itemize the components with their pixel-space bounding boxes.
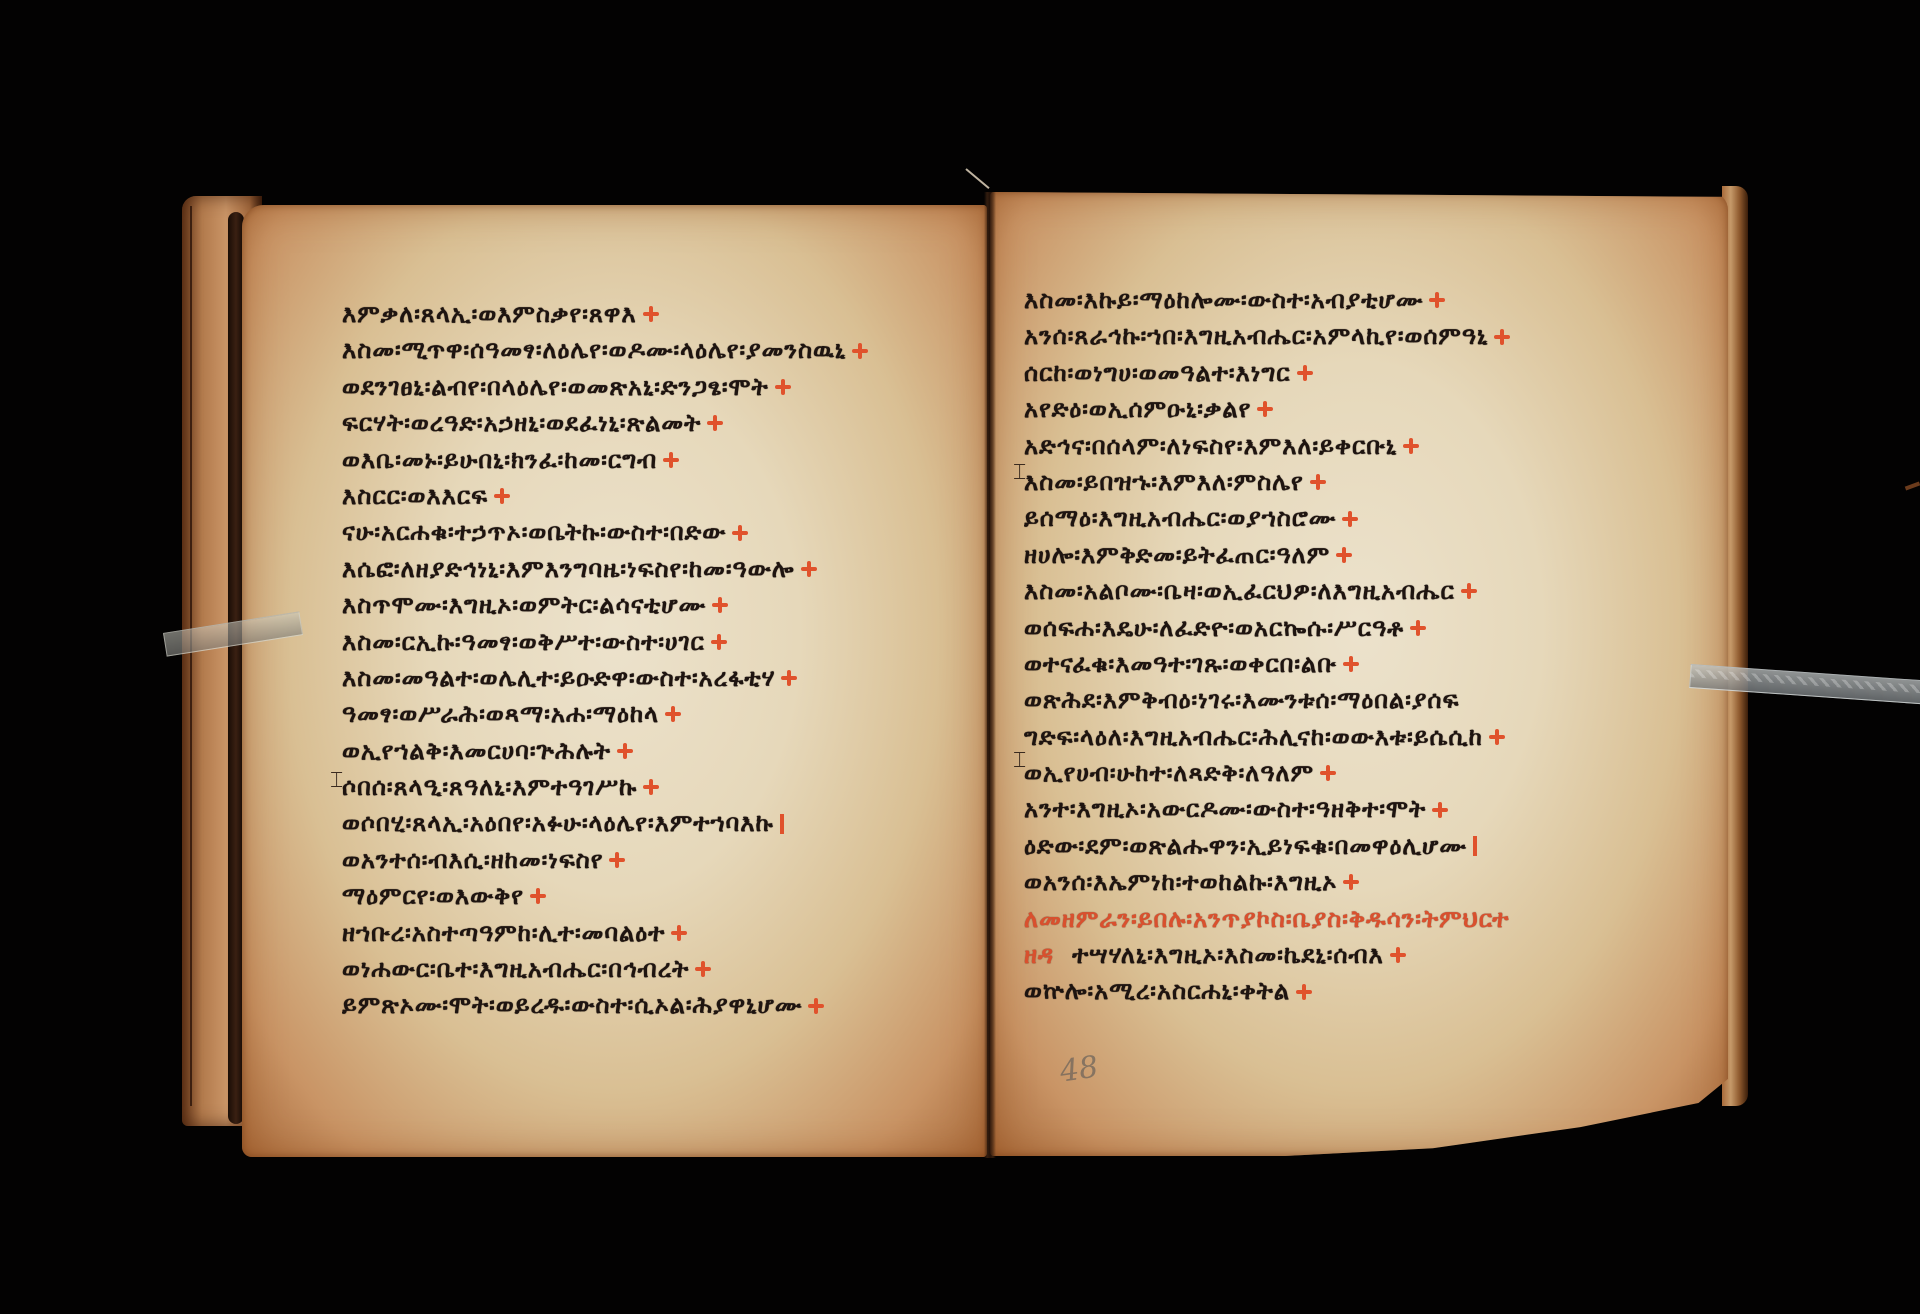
manuscript-line: ወሶበሂ፡ጸላኢ፡አዕበየ፡አፉሁ፡ላዕሌየ፡እምተኀባእኩ — [342, 805, 982, 841]
rubric-cross-icon — [643, 779, 659, 795]
manuscript-line: እስርር፡ወእእርፍ — [342, 478, 982, 514]
rubric-bar-icon — [1473, 836, 1477, 856]
manuscript-line: ወአንሰ፡እኤምነከ፡ተወከልኩ፡እግዚኦ — [1024, 864, 1664, 900]
manuscript-line: እስመ፡አልቦሙ፡ቤዛ፡ወኢፈርህዎ፡ለእግዚአብሔር — [1024, 573, 1664, 609]
rubric-cross-icon — [1403, 438, 1419, 454]
line-text: አንሰ፡ጸራኅኩ፡ኀበ፡እግዚአብሔር፡አምላኪየ፡ወሰምዓኒ — [1024, 318, 1488, 354]
line-text: እስጥሞሙ፡እግዚኦ፡ወምትር፡ልሳናቲሆሙ — [342, 587, 706, 623]
line-text: እስመ፡ርኢኩ፡ዓመፃ፡ወቅሥተ፡ውስተ፡ሀገር — [342, 624, 705, 660]
line-text: እስመ፡ይበዝኁ፡እምእለ፡ምስሌየ — [1024, 464, 1304, 500]
manuscript-line: ዘሀሎ፡እምቅድመ፡ይትፈጠር፡ዓለም — [1024, 537, 1664, 573]
manuscript-line: ወጽሕደ፡እምቅብዕ፡ነገሩ፡እሙንቱሰ፡ማዕበል፡ያሰፍ — [1024, 682, 1664, 718]
rubric-cross-icon — [494, 488, 510, 504]
manuscript-line: ፍርሃት፡ወረዓድ፡አኃዘኒ፡ወደፈነኒ፡ጽልመት — [342, 405, 982, 441]
manuscript-line: ዘዳተሣሃለኒ፡እግዚኦ፡እስመ፡ኬደኒ፡ሰብእ — [1024, 937, 1664, 973]
manuscript-line: ሰርከ፡ወነግሀ፡ወመዓልተ፡እነግር — [1024, 355, 1664, 391]
line-text: ይምጽኦሙ፡ሞት፡ወይረዱ፡ውስተ፡ሲኦል፡ሕያዋኒሆሙ — [342, 987, 802, 1023]
line-text: ወተናፈቁ፡እመዓተ፡ገጹ፡ወቀርበ፡ልቡ — [1024, 646, 1337, 682]
line-text: እስመ፡አልቦሙ፡ቤዛ፡ወኢፈርህዎ፡ለእግዚአብሔር — [1024, 573, 1455, 609]
manuscript-line: ወደንገፀኒ፡ልብየ፡በላዕሌየ፡ወመጽአኒ፡ድንጋፄ፡ሞት — [342, 369, 982, 405]
manuscript-line: ሶበሰ፡ጸላዒ፡ጸዓለኒ፡እምተዓገሥኩ — [342, 769, 982, 805]
line-text: ወአንተሰ፡ብእሲ፡ዘከመ፡ነፍስየ — [342, 842, 603, 878]
rubric-cross-icon — [1410, 620, 1426, 636]
rubric-cross-icon — [1343, 874, 1359, 890]
rubric-cross-icon — [1310, 474, 1326, 490]
manuscript-line: ለመዘምራን፡ይበሉ፡አንጥያኮስ፡ቤያስ፡ቅዱሳን፡ትምህርተ — [1024, 901, 1664, 937]
rubric-cross-icon — [663, 452, 679, 468]
rubric-cross-icon — [711, 634, 727, 650]
manuscript-line: እስመ፡መዓልተ፡ወሌሊተ፡ይዑድዋ፡ውስተ፡አረፋቲሃ — [342, 660, 982, 696]
margin-mark: ⌶ — [1013, 460, 1026, 485]
line-text: ናሁ፡አርሐቁ፡ተኃጥኦ፡ወቤትኩ፡ውስተ፡በድው — [342, 514, 726, 550]
rubric-cross-icon — [808, 998, 824, 1014]
manuscript-line: አድኅና፡በሰላም፡ለነፍስየ፡እምእለ፡ይቀርቡኒ — [1024, 428, 1664, 464]
manuscript-line: ወእቤ፡መኑ፡ይሁበኒ፡ክንፈ፡ከመ፡ርግብ — [342, 442, 982, 478]
margin-mark: ⌶ — [330, 768, 343, 793]
line-text: እስመ፡እኩይ፡ማዕከሎሙ፡ውስተ፡አብያቲሆሙ — [1024, 282, 1423, 318]
manuscript-line: ወተናፈቁ፡እመዓተ፡ገጹ፡ወቀርበ፡ልቡ — [1024, 646, 1664, 682]
rubric-cross-icon — [695, 961, 711, 977]
line-text: እስመ፡መዓልተ፡ወሌሊተ፡ይዑድዋ፡ውስተ፡አረፋቲሃ — [342, 660, 775, 696]
rubric-cross-icon — [530, 888, 546, 904]
line-text: ሶበሰ፡ጸላዒ፡ጸዓለኒ፡እምተዓገሥኩ — [342, 769, 637, 805]
rubric-cross-icon — [643, 306, 659, 322]
cord-fragment — [1905, 482, 1920, 491]
manuscript-line: ወሰፍሐ፡እዴሁ፡ለፈድዮ፡ወአርኰሱ፡ሥርዓቶ — [1024, 610, 1664, 646]
line-text: ለመዘምራን፡ይበሉ፡አንጥያኮስ፡ቤያስ፡ቅዱሳን፡ትምህርተ — [1024, 901, 1509, 937]
rubric-bar-icon — [780, 814, 784, 834]
manuscript-line: ወኵሎ፡አሚረ፡አስርሐኒ፡ቀትል — [1024, 973, 1664, 1009]
rubric-cross-icon — [665, 706, 681, 722]
rubric-cross-icon — [1336, 547, 1352, 563]
rubric-cross-icon — [801, 561, 817, 577]
line-text: ወሶበሂ፡ጸላኢ፡አዕበየ፡አፉሁ፡ላዕሌየ፡እምተኀባእኩ — [342, 805, 774, 841]
manuscript-line: ናሁ፡አርሐቁ፡ተኃጥኦ፡ወቤትኩ፡ውስተ፡በድው — [342, 514, 982, 550]
rubric-cross-icon — [1429, 292, 1445, 308]
left-page-text: እምቃለ፡ጸላኢ፡ወእምስቃየ፡ጸዋእእስመ፡ሚጥዋ፡ሰዓመፃ፡ለዕሌየ፡ወዶሙ… — [342, 296, 982, 1024]
manuscript-line: ይምጽኦሙ፡ሞት፡ወይረዱ፡ውስተ፡ሲኦል፡ሕያዋኒሆሙ — [342, 987, 982, 1023]
line-text: እስርር፡ወእእርፍ — [342, 478, 488, 514]
rubric-cross-icon — [617, 743, 633, 759]
rubric-cross-icon — [1257, 401, 1273, 417]
manuscript-photo: እምቃለ፡ጸላኢ፡ወእምስቃየ፡ጸዋእእስመ፡ሚጥዋ፡ሰዓመፃ፡ለዕሌየ፡ወዶሙ… — [0, 0, 1920, 1314]
manuscript-line: እስመ፡ሚጥዋ፡ሰዓመፃ፡ለዕሌየ፡ወዶሙ፡ላዕሌየ፡ያመንስዉኒ — [342, 332, 982, 368]
manuscript-line: እስመ፡ርኢኩ፡ዓመፃ፡ወቅሥተ፡ውስተ፡ሀገር — [342, 624, 982, 660]
line-text: ሰርከ፡ወነግሀ፡ወመዓልተ፡እነግር — [1024, 355, 1291, 391]
rubric-cross-icon — [852, 343, 868, 359]
rubric-cross-icon — [712, 597, 728, 613]
line-text: ወሰፍሐ፡እዴሁ፡ለፈድዮ፡ወአርኰሱ፡ሥርዓቶ — [1024, 610, 1404, 646]
line-text: ማዕምርየ፡ወእውቅየ — [342, 878, 524, 914]
manuscript-line: ወአንተሰ፡ብእሲ፡ዘከመ፡ነፍስየ — [342, 842, 982, 878]
line-text: ወኢየሀብ፡ሁከተ፡ለጻድቅ፡ለዓለም — [1024, 755, 1314, 791]
line-text: ወአንሰ፡እኤምነከ፡ተወከልኩ፡እግዚኦ — [1024, 864, 1337, 900]
rubric-cross-icon — [1343, 656, 1359, 672]
manuscript-line: ግድፍ፡ላዕለ፡እግዚአብሔር፡ሕሊናከ፡ወውእቱ፡ይሴሲከ — [1024, 719, 1664, 755]
manuscript-line: እስመ፡ይበዝኁ፡እምእለ፡ምስሌየ — [1024, 464, 1664, 500]
line-text: ዘኀቡረ፡አስተጣዓምከ፡ሊተ፡መባልዕተ — [342, 915, 665, 951]
gutter — [984, 192, 996, 1158]
manuscript-line: ዕድው፡ደም፡ወጽልሑዋን፡ኢይነፍቁ፡በመዋዕሊሆሙ — [1024, 828, 1664, 864]
line-text: አንተ፡እግዚኦ፡አውርዶሙ፡ውስተ፡ዓዘቅተ፡ሞት — [1024, 791, 1426, 827]
line-text: ወእቤ፡መኑ፡ይሁበኒ፡ክንፈ፡ከመ፡ርግብ — [342, 442, 657, 478]
right-page-text: እስመ፡እኩይ፡ማዕከሎሙ፡ውስተ፡አብያቲሆሙአንሰ፡ጸራኅኩ፡ኀበ፡እግዚአ… — [1024, 282, 1664, 1010]
manuscript-line: ዘኀቡረ፡አስተጣዓምከ፡ሊተ፡መባልዕተ — [342, 915, 982, 951]
line-text: ዘሀሎ፡እምቅድመ፡ይትፈጠር፡ዓለም — [1024, 537, 1330, 573]
rubric-cross-icon — [1494, 329, 1510, 345]
line-text: ወደንገፀኒ፡ልብየ፡በላዕሌየ፡ወመጽአኒ፡ድንጋፄ፡ሞት — [342, 369, 769, 405]
manuscript-line: አንተ፡እግዚኦ፡አውርዶሙ፡ውስተ፡ዓዘቅተ፡ሞት — [1024, 791, 1664, 827]
rubric-cross-icon — [781, 670, 797, 686]
rubric-cross-icon — [732, 525, 748, 541]
line-text: ወጽሕደ፡እምቅብዕ፡ነገሩ፡እሙንቱሰ፡ማዕበል፡ያሰፍ — [1024, 682, 1459, 718]
line-text: ወነሐውር፡ቤተ፡እግዚአብሔር፡በኅብረት — [342, 951, 689, 987]
manuscript-line: ዓመፃ፡ወሥራሕ፡ወጻማ፡አሐ፡ማዕከላ — [342, 696, 982, 732]
manuscript-line: አየድዕ፡ወኢሰምዑኒ፡ቃልየ — [1024, 391, 1664, 427]
manuscript-line: ወነሐውር፡ቤተ፡እግዚአብሔር፡በኅብረት — [342, 951, 982, 987]
line-text: እምቃለ፡ጸላኢ፡ወእምስቃየ፡ጸዋእ — [342, 296, 637, 332]
line-text: እሴፎ፡ለዘያድኅነኒ፡እምእንግባዜ፡ነፍስየ፡ከመ፡ዓውሎ — [342, 551, 795, 587]
line-text: አየድዕ፡ወኢሰምዑኒ፡ቃልየ — [1024, 391, 1251, 427]
rubric-cross-icon — [1489, 729, 1505, 745]
line-text: እስመ፡ሚጥዋ፡ሰዓመፃ፡ለዕሌየ፡ወዶሙ፡ላዕሌየ፡ያመንስዉኒ — [342, 332, 846, 368]
manuscript-line: እምቃለ፡ጸላኢ፡ወእምስቃየ፡ጸዋእ — [342, 296, 982, 332]
line-text: አድኅና፡በሰላም፡ለነፍስየ፡እምእለ፡ይቀርቡኒ — [1024, 428, 1397, 464]
rubric-prefix: ዘዳ — [1024, 937, 1054, 973]
rubric-cross-icon — [609, 852, 625, 868]
manuscript-line: ወኢየኀልቅ፡እመርሀባ፡ጕሕሉት — [342, 733, 982, 769]
manuscript-line: ወኢየሀብ፡ሁከተ፡ለጻድቅ፡ለዓለም — [1024, 755, 1664, 791]
rubric-cross-icon — [1297, 365, 1313, 381]
line-text: ግድፍ፡ላዕለ፡እግዚአብሔር፡ሕሊናከ፡ወውእቱ፡ይሴሲከ — [1024, 719, 1483, 755]
line-text: ወኵሎ፡አሚረ፡አስርሐኒ፡ቀትል — [1024, 973, 1290, 1009]
line-text: ፍርሃት፡ወረዓድ፡አኃዘኒ፡ወደፈነኒ፡ጽልመት — [342, 405, 701, 441]
manuscript-line: እሴፎ፡ለዘያድኅነኒ፡እምእንግባዜ፡ነፍስየ፡ከመ፡ዓውሎ — [342, 551, 982, 587]
line-text: ተሣሃለኒ፡እግዚኦ፡እስመ፡ኬደኒ፡ሰብእ — [1072, 937, 1384, 973]
manuscript-line: ማዕምርየ፡ወእውቅየ — [342, 878, 982, 914]
rubric-cross-icon — [1461, 583, 1477, 599]
line-text: ወኢየኀልቅ፡እመርሀባ፡ጕሕሉት — [342, 733, 611, 769]
rubric-cross-icon — [1390, 947, 1406, 963]
binding-thread — [965, 168, 989, 189]
folio-number: 48 — [1058, 1050, 1101, 1090]
margin-mark: ⌶ — [1013, 748, 1026, 773]
manuscript-line: እስመ፡እኩይ፡ማዕከሎሙ፡ውስተ፡አብያቲሆሙ — [1024, 282, 1664, 318]
rubric-cross-icon — [1432, 802, 1448, 818]
rubric-cross-icon — [707, 415, 723, 431]
rubric-cross-icon — [1296, 984, 1312, 1000]
rubric-cross-icon — [1320, 765, 1336, 781]
rubric-cross-icon — [775, 379, 791, 395]
manuscript-line: አንሰ፡ጸራኅኩ፡ኀበ፡እግዚአብሔር፡አምላኪየ፡ወሰምዓኒ — [1024, 318, 1664, 354]
rubric-cross-icon — [671, 925, 687, 941]
line-text: ይሰማዕ፡እግዚአብሔር፡ወያኀስሮሙ — [1024, 500, 1336, 536]
rubric-cross-icon — [1342, 511, 1358, 527]
manuscript-line: ይሰማዕ፡እግዚአብሔር፡ወያኀስሮሙ — [1024, 500, 1664, 536]
line-text: ዓመፃ፡ወሥራሕ፡ወጻማ፡አሐ፡ማዕከላ — [342, 696, 659, 732]
manuscript-line: እስጥሞሙ፡እግዚኦ፡ወምትር፡ልሳናቲሆሙ — [342, 587, 982, 623]
line-text: ዕድው፡ደም፡ወጽልሑዋን፡ኢይነፍቁ፡በመዋዕሊሆሙ — [1024, 828, 1467, 864]
